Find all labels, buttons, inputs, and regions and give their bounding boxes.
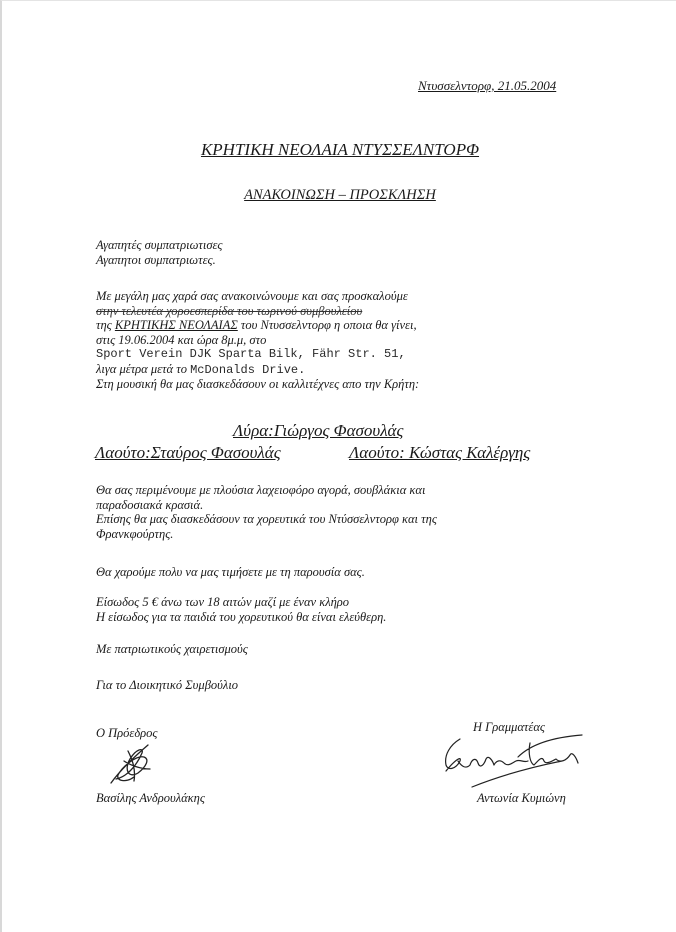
- secretary-signature-icon: [432, 731, 592, 791]
- musician-laouto-1: Λαούτο:Σταύρος Φασουλάς: [95, 443, 281, 463]
- greeting-line-2: Αγαπητοι συμπατριωτες.: [96, 253, 223, 268]
- president-name: Βασίλης Ανδρουλάκης: [96, 791, 205, 806]
- text-suffix: του Ντυσσελντορφ η οποια θα γίνει,: [238, 318, 417, 332]
- music-intro: Στη μουσική θα μας διασκεδάσουν οι καλλι…: [96, 377, 419, 392]
- closing-greeting: Με πατριωτικούς χαιρετισμούς: [96, 642, 248, 657]
- landmark-line: λιγα μέτρα μετά το McDonalds Drive.: [96, 362, 419, 378]
- organization-title: ΚΡΗΤΙΚΗ ΝΕΟΛΑΙΑ ΝΤΥΣΣΕΛΝΤΟΡΦ: [2, 140, 676, 160]
- venue-address: Sport Verein DJK Sparta Bilk, Fähr Str. …: [96, 347, 419, 362]
- organization-name: ΚΡΗΤΙΚΗΣ ΝΕΟΛΑΙΑΣ: [115, 318, 238, 332]
- announcement-line-3: της ΚΡΗΤΙΚΗΣ ΝΕΟΛΑΙΑΣ του Ντυσσελντορφ η…: [96, 318, 419, 333]
- letter-date: Ντυσσελντορφ, 21.05.2004: [418, 78, 556, 94]
- musician-lyra: Λύρα:Γιώργος Φασουλάς: [233, 421, 403, 441]
- announcement-line-1: Με μεγάλη μας χαρά σας ανακοινώνουμε και…: [96, 289, 419, 304]
- greeting: Αγαπητές συμπατριωτισες Αγαπητοι συμπατρ…: [96, 238, 223, 267]
- landmark-name: McDonalds Drive.: [190, 363, 305, 377]
- details-line-3: Επίσης θα μας διασκεδάσουν τα χορευτικά …: [96, 512, 437, 527]
- closing-council: Για το Διοικητικό Συμβούλιο: [96, 678, 238, 693]
- details-line-2: παραδοσιακά κρασιά.: [96, 498, 437, 513]
- honor-line: Θα χαρούμε πολυ να μας τιμήσετε με τη πα…: [96, 565, 365, 580]
- president-signature-icon: [106, 739, 156, 789]
- announcement-paragraph: Με μεγάλη μας χαρά σας ανακοινώνουμε και…: [96, 289, 419, 392]
- landmark-prefix: λιγα μέτρα μετά το: [96, 362, 190, 376]
- entry-line-1: Είσωδος 5 € άνω των 18 αιτών μαζί με ένα…: [96, 595, 386, 610]
- details-line-1: Θα σας περιμένουμε με πλούσια λαχειοφόρο…: [96, 483, 437, 498]
- greeting-line-1: Αγαπητές συμπατριωτισες: [96, 238, 223, 253]
- event-date-line: στις 19.06.2004 και ώρα 8μ.μ, στο: [96, 333, 419, 348]
- text-prefix: της: [96, 318, 115, 332]
- document-subtitle: ΑΝΑΚΟΙΝΩΣΗ – ΠΡΟΣΚΛΗΣΗ: [2, 187, 676, 204]
- details-paragraph: Θα σας περιμένουμε με πλούσια λαχειοφόρο…: [96, 483, 437, 541]
- entry-line-2: Η είσωδος για τα παιδιά του χορευτικού θ…: [96, 610, 386, 625]
- announcement-line-struck: στην τελευτέα χοροεσπερίδα του τωρινού σ…: [96, 304, 419, 319]
- details-line-4: Φρανκφούρτης.: [96, 527, 437, 542]
- musician-laouto-2: Λαούτο: Κώστας Καλέργης: [349, 443, 530, 463]
- secretary-name: Αντωνία Κυμιώνη: [477, 791, 566, 806]
- entry-info: Είσωδος 5 € άνω των 18 αιτών μαζί με ένα…: [96, 595, 386, 624]
- scanned-letter: Ντυσσελντορφ, 21.05.2004 ΚΡΗΤΙΚΗ ΝΕΟΛΑΙΑ…: [0, 0, 676, 932]
